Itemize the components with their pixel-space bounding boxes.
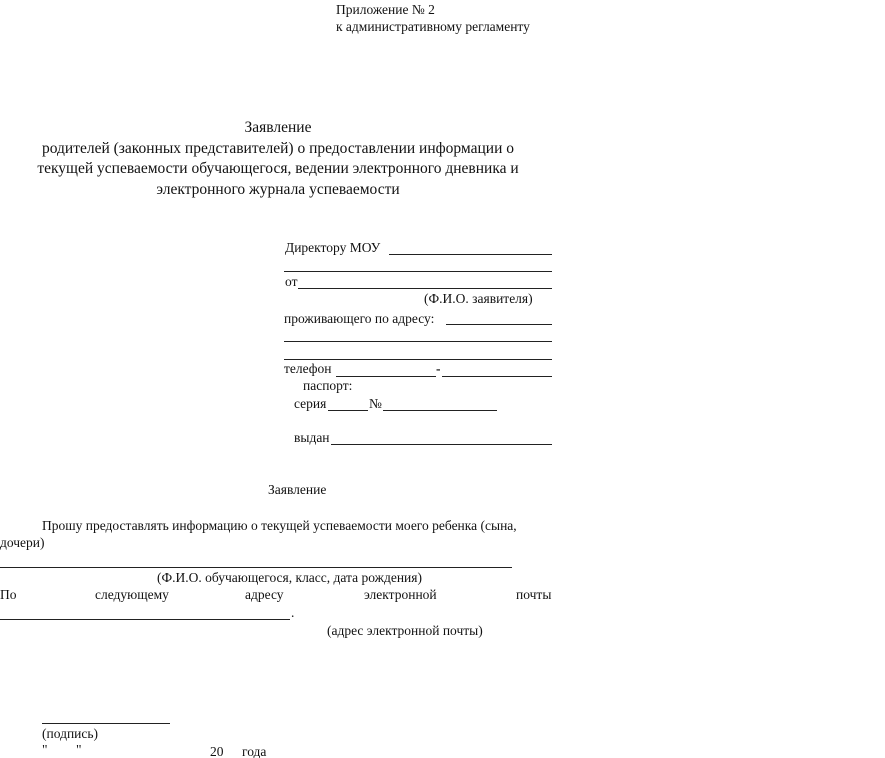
signature-hint: (подпись)	[42, 726, 98, 742]
passport-label: паспорт:	[303, 378, 352, 394]
passport-issued-field[interactable]	[331, 444, 552, 445]
email-field[interactable]	[0, 619, 290, 620]
statement-heading: Заявление	[268, 482, 326, 498]
document-title: Заявление	[0, 117, 556, 138]
email-word-2: следующему	[95, 587, 169, 603]
applicant-name-hint: (Ф.И.О. заявителя)	[424, 291, 533, 307]
title-line-2: текущей успеваемости обучающегося, веден…	[0, 158, 556, 179]
title-line-3: электронного журнала успеваемости	[0, 179, 556, 200]
director-field[interactable]	[389, 254, 552, 255]
email-word-4: электронной	[364, 587, 437, 603]
student-info-field[interactable]	[0, 567, 512, 568]
title-line-1: родителей (законных представителей) о пр…	[0, 138, 556, 159]
address-label: проживающего по адресу:	[284, 311, 434, 327]
email-hint: (адрес электронной почты)	[327, 623, 483, 639]
date-quote-close: "	[76, 742, 82, 758]
date-year-suffix: года	[242, 744, 266, 758]
address-field-line-2[interactable]	[284, 341, 552, 342]
student-info-hint: (Ф.И.О. обучающегося, класс, дата рожден…	[157, 570, 422, 586]
date-year-prefix: 20	[210, 744, 224, 758]
phone-separator: -	[436, 361, 441, 377]
phone-code-field[interactable]	[336, 376, 436, 377]
passport-issued-label: выдан	[294, 430, 330, 446]
passport-series-label: серия	[294, 396, 326, 412]
passport-number-field[interactable]	[383, 410, 497, 411]
request-line-1: Прошу предоставлять информацию о текущей…	[42, 518, 517, 534]
appendix-regulation: к административному регламенту	[336, 19, 530, 35]
email-word-5: почты	[516, 587, 551, 603]
signature-field[interactable]	[42, 723, 170, 724]
passport-series-field[interactable]	[328, 410, 368, 411]
passport-number-label: №	[369, 396, 382, 412]
address-field[interactable]	[446, 324, 552, 325]
request-line-2: дочери)	[0, 535, 45, 551]
address-field-line-3[interactable]	[284, 359, 552, 360]
appendix-number: Приложение № 2	[336, 2, 435, 18]
director-label: Директору МОУ	[285, 240, 380, 256]
email-period: .	[291, 605, 294, 621]
applicant-name-field[interactable]	[298, 288, 552, 289]
phone-number-field[interactable]	[442, 376, 552, 377]
email-word-1: По	[0, 587, 17, 603]
director-field-continued[interactable]	[284, 271, 552, 272]
email-word-3: адресу	[245, 587, 284, 603]
phone-label: телефон	[284, 361, 332, 377]
date-quote-open: "	[42, 742, 48, 758]
from-label: от	[285, 274, 297, 290]
